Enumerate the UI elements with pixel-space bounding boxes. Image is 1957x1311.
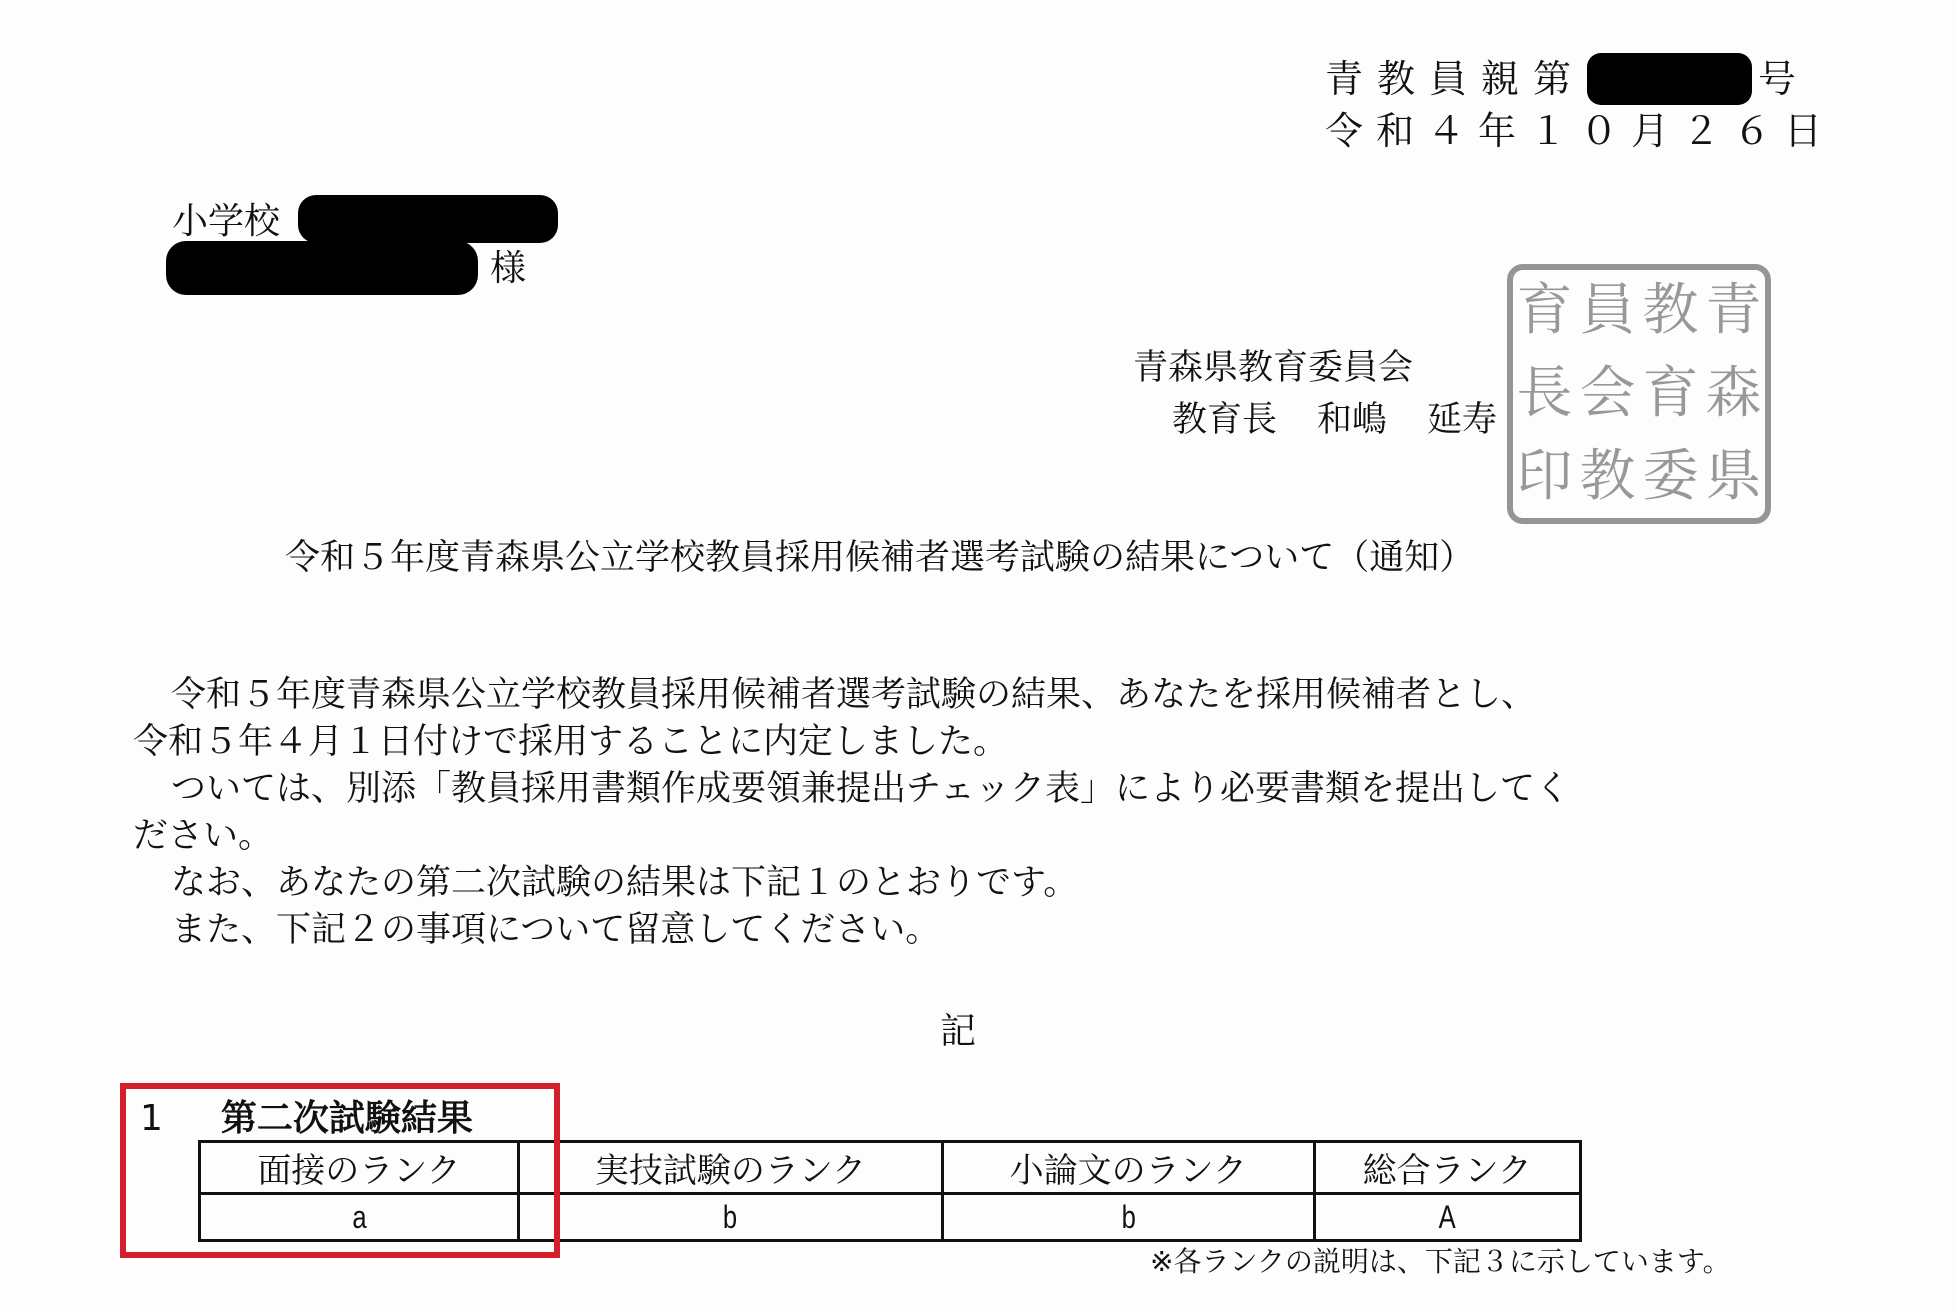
body-paragraph-line: ついては、別添「教員採用書類作成要領兼提出チェック表」により必要書類を提出してく (133, 766, 1833, 813)
results-rank-value: b (980, 1194, 1277, 1241)
body-paragraph-line: 令和５年４月１日付けで採用することに内定しました。 (133, 719, 1833, 766)
seal-character: 員 (1576, 270, 1639, 353)
seal-character: 委 (1639, 435, 1702, 518)
ki-label: 記 (940, 1003, 976, 1054)
results-rank-value: A (1341, 1194, 1554, 1241)
seal-character: 森 (1702, 353, 1765, 436)
school-label: 小学校 (172, 201, 280, 242)
issuer-surname: 和嶋 (1317, 400, 1387, 440)
honorific: 様 (490, 248, 526, 289)
recipient-school: 小学校 (172, 193, 558, 247)
reference-suffix: 号 (1758, 57, 1810, 101)
results-column-header: 総合ランク (1314, 1142, 1580, 1194)
recipient-person: 様 (166, 240, 526, 297)
issuer-signatory: 教育長和嶋延寿 (1172, 392, 1537, 442)
seal-character: 教 (1576, 435, 1639, 518)
issue-date: 令和４年１０月２６日 (1325, 100, 1835, 155)
issuer-given-name: 延寿 (1427, 400, 1497, 440)
seal-character: 教 (1639, 270, 1702, 353)
highlight-box-interview-rank (120, 1083, 560, 1258)
body-paragraph-line: なお、あなたの第二次試験の結果は下記１のとおりです。 (133, 860, 1833, 907)
seal-character: 印 (1513, 435, 1576, 518)
seal-character: 青 (1702, 270, 1765, 353)
seal-character: 育 (1639, 353, 1702, 436)
document-body: 令和５年度青森県公立学校教員採用候補者選考試験の結果、あなたを採用候補者とし、令… (133, 672, 1833, 954)
issuer-organization: 青森県教育委員会 (1133, 340, 1413, 390)
official-seal-stamp: 青森県教育委員会教育長印 (1507, 264, 1771, 524)
redaction-school-name (298, 195, 558, 243)
redaction-person-name (166, 241, 478, 295)
body-paragraph-line: 令和５年度青森県公立学校教員採用候補者選考試験の結果、あなたを採用候補者とし、 (133, 672, 1833, 719)
seal-character: 長 (1513, 353, 1576, 436)
body-paragraph-line: ださい。 (133, 813, 1833, 860)
results-rank-value: b (561, 1194, 900, 1241)
redaction-reference-number (1587, 53, 1752, 105)
seal-character: 県 (1702, 435, 1765, 518)
results-column-header: 実技試験のランク (518, 1142, 942, 1194)
seal-character: 育 (1513, 270, 1576, 353)
body-paragraph-line: また、下記２の事項について留意してください。 (133, 907, 1833, 954)
rank-explanation-note: ※各ランクの説明は、下記３に示しています。 (1150, 1240, 1731, 1280)
results-column-header: 小論文のランク (943, 1142, 1315, 1194)
reference-prefix: 青教員親第 (1325, 57, 1585, 101)
issuer-title: 教育長 (1172, 400, 1277, 440)
seal-character: 会 (1576, 353, 1639, 436)
document-title: 令和５年度青森県公立学校教員採用候補者選考試験の結果について（通知） (285, 530, 1474, 580)
